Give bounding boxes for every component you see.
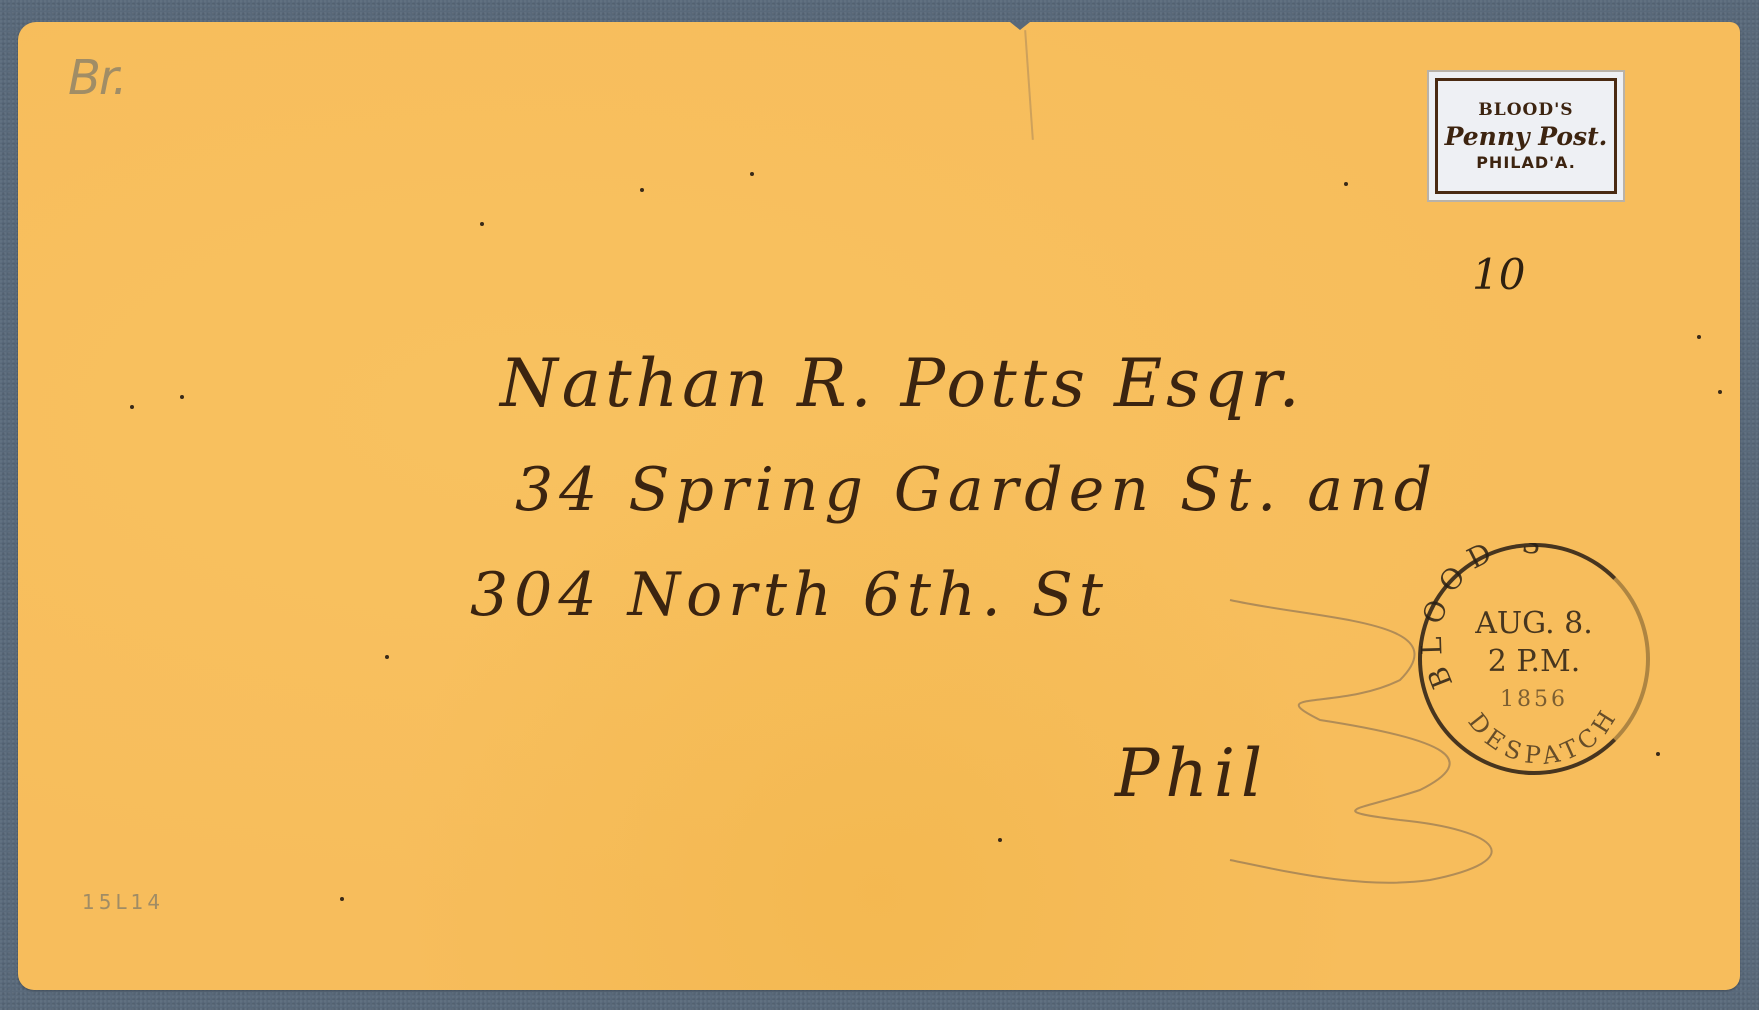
paper-speck xyxy=(1656,752,1660,756)
paper-speck xyxy=(750,172,754,176)
fee-marking: 10 xyxy=(1472,250,1525,299)
paper-speck xyxy=(130,405,134,409)
stamp-frame: BLOOD'S Penny Post. PHILAD'A. xyxy=(1435,78,1617,194)
stamp-line-2: Penny Post. xyxy=(1445,122,1608,151)
paper-speck xyxy=(1718,390,1722,394)
paper-speck xyxy=(385,655,389,659)
paper-speck xyxy=(1344,182,1348,186)
paper-speck xyxy=(180,395,184,399)
paper-speck xyxy=(340,897,344,901)
address-street-1: 34 Spring Garden St. and xyxy=(515,455,1438,525)
address-name: Nathan R. Potts Esqr. xyxy=(500,345,1304,422)
postmark-time: 2 P.M. xyxy=(1418,643,1650,681)
blood-penny-post-stamp: BLOOD'S Penny Post. PHILAD'A. xyxy=(1427,70,1625,202)
address-street-2: 304 North 6th. St xyxy=(470,560,1109,630)
paper-speck xyxy=(480,222,484,226)
postmark-center: AUG. 8. 2 P.M. 1856 xyxy=(1418,605,1650,719)
pencil-note-top: Br. xyxy=(68,50,126,106)
postmark-date: AUG. 8. xyxy=(1418,605,1650,643)
circular-datestamp: BLOOD'S DESPATCH AUG. 8. 2 P.M. 1856 xyxy=(1418,543,1650,775)
paper-speck xyxy=(998,838,1002,842)
pencil-note-bottom: 15L14 xyxy=(82,890,164,914)
address-city: Phil xyxy=(1115,735,1268,812)
paper-speck xyxy=(640,188,644,192)
stamp-line-3: PHILAD'A. xyxy=(1476,153,1576,172)
paper-speck xyxy=(1697,335,1701,339)
postmark-year: 1856 xyxy=(1418,681,1650,719)
stamp-line-1: BLOOD'S xyxy=(1478,100,1573,120)
